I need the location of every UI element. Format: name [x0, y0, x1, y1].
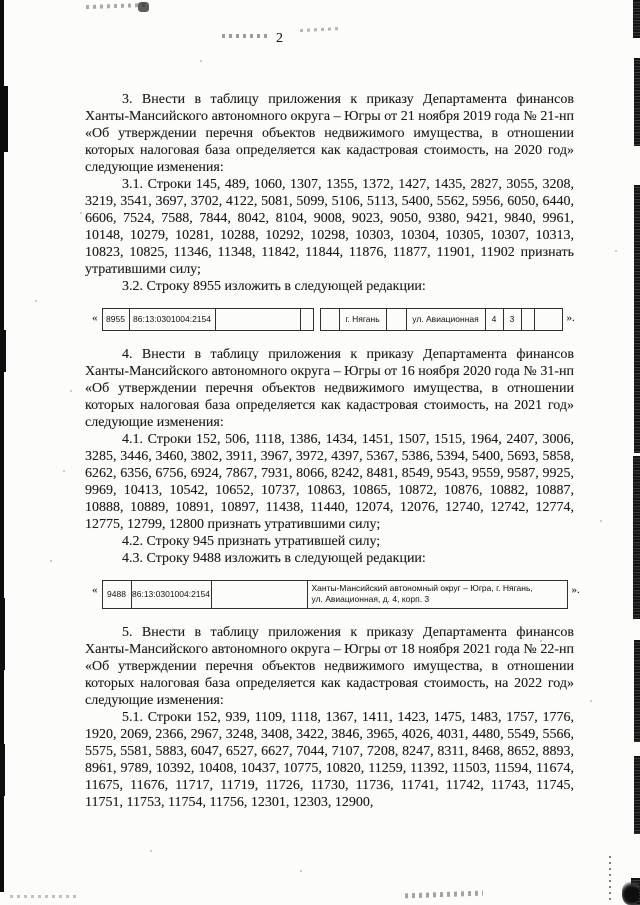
open-quote-mark: « [92, 312, 98, 324]
cell-row-number: 8955 [102, 308, 130, 331]
scan-artifact [0, 86, 8, 152]
scan-right-edge-streak [634, 58, 640, 146]
open-quote-mark: « [92, 584, 98, 596]
paragraph-3-1: 3.1. Строки 145, 489, 1060, 1307, 1355, … [85, 176, 574, 278]
cell-house-number: 4 [486, 308, 504, 331]
cell-city: г. Нягань [340, 308, 387, 331]
paragraph-4-2: 4.2. Строку 945 признать утратившей силу… [85, 533, 574, 550]
scan-artifact [0, 744, 5, 796]
address-line-1: Ханты-Мансийский автономный округ – Югра… [312, 583, 533, 594]
scan-artifact [138, 2, 149, 12]
scan-bottom-smudge [405, 891, 483, 899]
scan-corner-blob [622, 882, 639, 905]
cell-empty [301, 308, 314, 331]
table-row: 8955 86:13:0301004:2154 г. Нягань ул. Ав… [102, 308, 563, 331]
cell-row-number: 9488 [102, 580, 132, 609]
paragraph-4-3: 4.3. Строку 9488 изложить в следующей ре… [85, 550, 574, 567]
scan-pen-mark [222, 34, 268, 38]
scan-pen-mark [300, 27, 342, 32]
scan-right-edge-streak [634, 640, 640, 742]
paragraph-3-2: 3.2. Строку 8955 изложить в следующей ре… [85, 278, 574, 295]
scanned-document-page: 2 3. Внести в таблицу приложения к прика… [0, 0, 640, 905]
amended-table-row-9488: « 9488 86:13:0301004:2154 Ханты-Мансийск… [92, 580, 574, 609]
cell-address: Ханты-Мансийский автономный округ – Югра… [308, 580, 568, 609]
paragraph-3: 3. Внести в таблицу приложения к приказу… [85, 91, 574, 176]
paragraph-5-1: 5.1. Строки 152, 939, 1109, 1118, 1367, … [85, 709, 574, 811]
scan-right-edge-streak [634, 185, 640, 453]
page-number: 2 [276, 31, 283, 47]
paragraph-5: 5. Внести в таблицу приложения к приказу… [85, 624, 574, 709]
scan-artifact [0, 598, 5, 670]
table-row: 9488 86:13:0301004:2154 Ханты-Мансийский… [102, 580, 568, 609]
cell-empty [320, 308, 340, 331]
scan-right-edge-streak [634, 756, 640, 834]
cell-empty [387, 308, 407, 331]
cell-building-number: 3 [504, 308, 522, 331]
cell-cadastral-number: 86:13:0301004:2154 [130, 308, 216, 331]
scan-artifact [609, 856, 611, 904]
cell-street: ул. Авиационная [407, 308, 486, 331]
paragraph-4: 4. Внести в таблицу приложения к приказу… [85, 346, 574, 431]
scan-right-edge-streak [633, 0, 640, 38]
amended-table-row-8955: « 8955 86:13:0301004:2154 г. Нягань ул. … [92, 308, 574, 331]
close-quote-mark: ». [572, 584, 580, 596]
close-quote-mark: ». [567, 312, 575, 324]
address-line-2: ул. Авиационная, д. 4, корп. 3 [312, 594, 430, 605]
cell-empty [216, 308, 301, 331]
cell-empty [535, 308, 563, 331]
paragraph-4-1: 4.1. Строки 152, 506, 1118, 1386, 1434, … [85, 431, 574, 533]
cell-empty [522, 308, 535, 331]
scan-bottom-smudge [10, 895, 80, 898]
document-body: 3. Внести в таблицу приложения к приказу… [85, 91, 574, 811]
cell-cadastral-number: 86:13:0301004:2154 [132, 580, 212, 609]
scan-artifact [0, 330, 6, 372]
scan-right-edge-streak [633, 456, 640, 619]
cell-empty [212, 580, 308, 609]
